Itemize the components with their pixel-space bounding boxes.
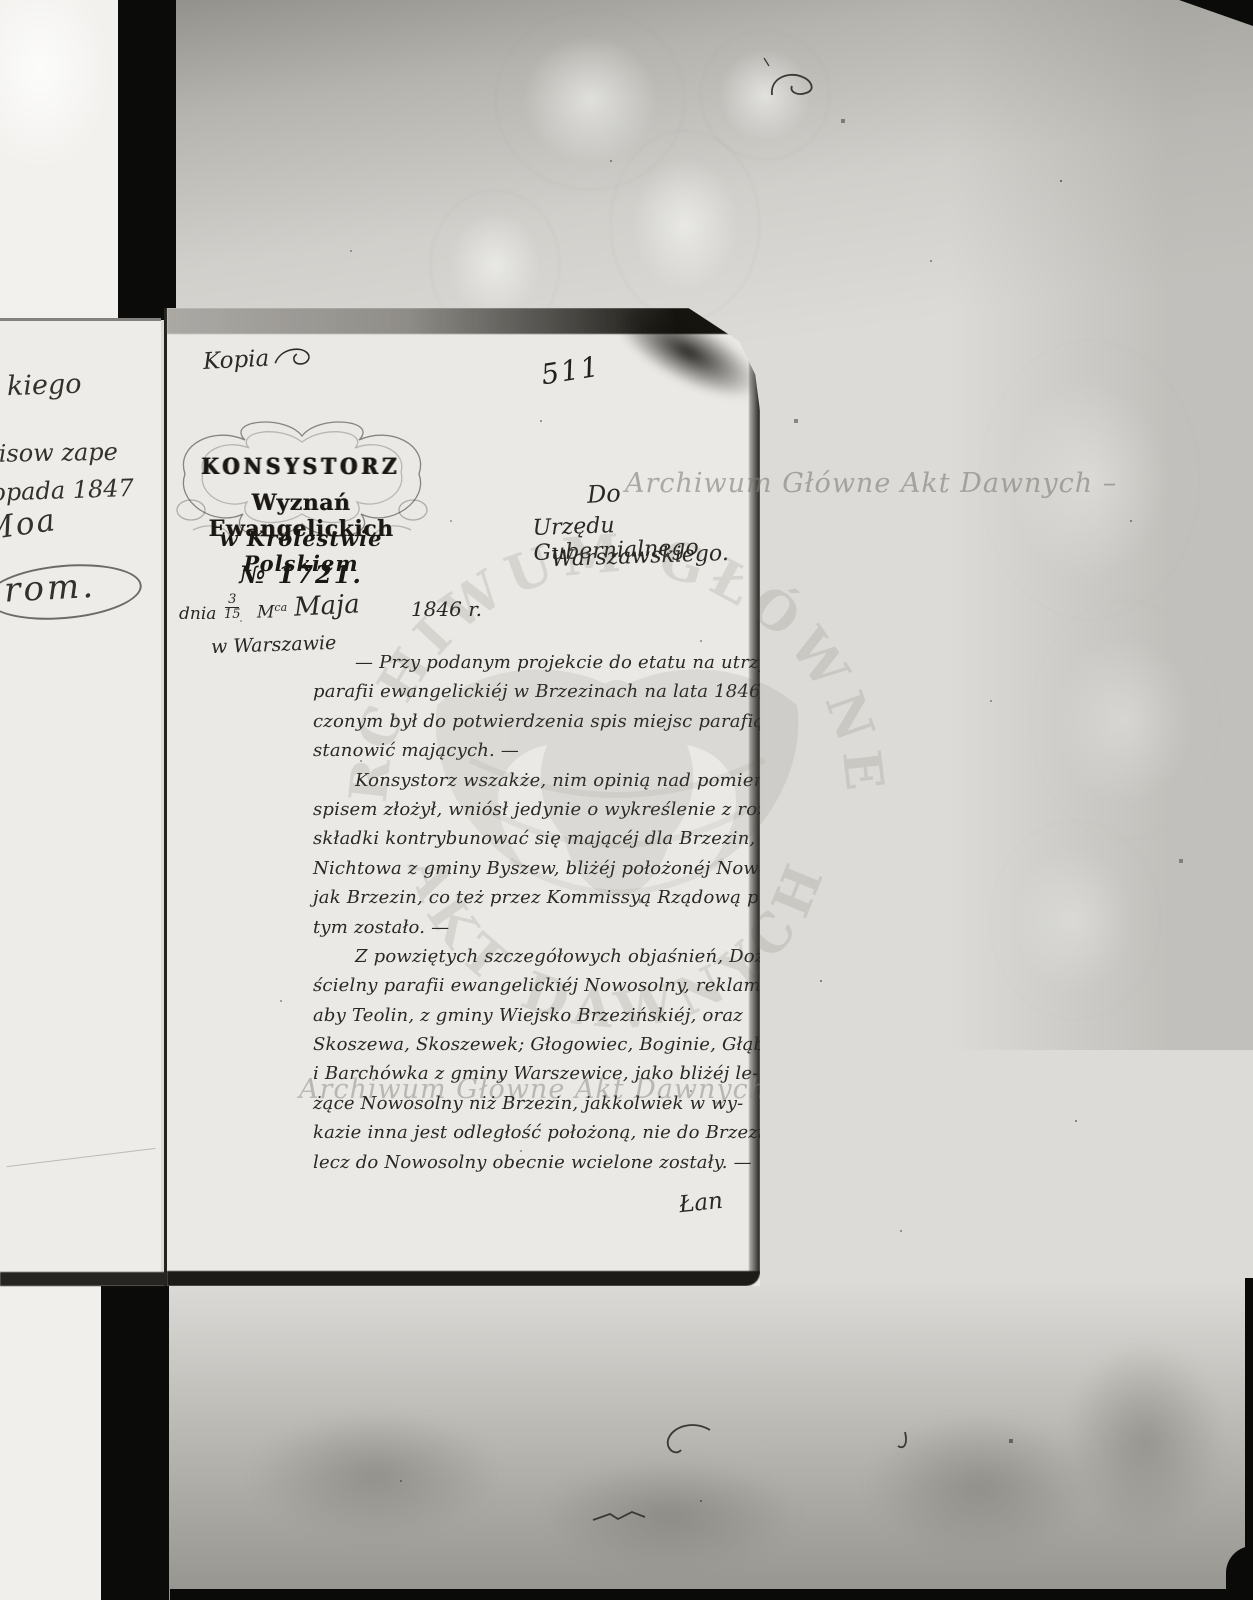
background-mottle-blob bbox=[990, 820, 1160, 1020]
body-line: składki kontrybunować się mającéj dla Br… bbox=[313, 828, 759, 857]
letter-body: — Przy podanym projekcie do etatu na utr… bbox=[313, 652, 759, 1181]
date-month-abbr: Mca bbox=[257, 601, 287, 623]
body-line: kazie inna jest odległość położoną, nie … bbox=[313, 1122, 759, 1151]
date-month: Maja bbox=[293, 589, 360, 622]
letterhead-document-number: № 1721. bbox=[175, 560, 427, 589]
dust-specks bbox=[0, 0, 2, 2]
body-line: stanowić mających. — bbox=[313, 740, 759, 769]
archive-watermark-text-upper: Archiwum Główne Akt Dawnych – bbox=[625, 468, 1117, 499]
paraph-flourish-icon bbox=[272, 343, 317, 371]
handwriting-fragment: dpisow zape bbox=[0, 438, 118, 469]
body-line: Konsystorz wszakże, nim opinią nad pomie… bbox=[313, 770, 759, 799]
copy-annotation: Kopia bbox=[202, 343, 316, 375]
film-gap-strip-bottom bbox=[101, 1286, 169, 1600]
date-fraction: 3 15 bbox=[224, 593, 241, 623]
page-bottom-edge-left bbox=[0, 1272, 167, 1286]
letterhead-org-name: KONSYSTORZ bbox=[175, 453, 427, 480]
signature-flourish-oval bbox=[0, 558, 144, 625]
scanned-document-photo: aw i kiego dpisow zape listopada 1847 Mo… bbox=[0, 0, 1253, 1600]
body-line: Nichtowa z gminy Byszew, bliżéj położoné… bbox=[313, 858, 759, 887]
month-abbr-base: M bbox=[257, 603, 274, 623]
month-abbr-sup: ca bbox=[274, 601, 287, 614]
background-mottle-blob bbox=[1030, 600, 1220, 840]
watermark-dash: – bbox=[1103, 468, 1118, 499]
date-fraction-numerator: 3 bbox=[225, 593, 239, 608]
body-line: spisem złożył, wniósł jedynie o wykreśle… bbox=[313, 799, 759, 828]
recipient-city: Warszawskiego. bbox=[551, 541, 730, 572]
body-line: Z powziętych szczegółowych objaśnień, Do… bbox=[313, 946, 759, 975]
handwriting-fragment: aw i kiego bbox=[0, 369, 82, 405]
adjacent-frame-bottom-left bbox=[0, 1286, 101, 1600]
handwriting-fragment: Moa bbox=[0, 502, 59, 548]
body-line: żące Nowosolny niż Brzezin, jakkolwiek w… bbox=[313, 1093, 759, 1122]
left-partial-page: aw i kiego dpisow zape listopada 1847 Mo… bbox=[0, 318, 161, 1275]
body-line: jak Brzezin, co też przez Kommissyą Rząd… bbox=[313, 887, 759, 916]
background-mottle-blob bbox=[610, 130, 760, 320]
background-mottle-blob bbox=[700, 30, 830, 160]
body-line: i Barchówka z gminy Warszewice, jako bli… bbox=[313, 1063, 759, 1092]
date-fraction-denominator: 15 bbox=[224, 608, 241, 622]
date-year: 1846 r. bbox=[411, 597, 482, 621]
date-label: dnia bbox=[179, 604, 216, 624]
film-edge-bottom bbox=[170, 1589, 1253, 1600]
body-line: Skoszewa, Skoszewek; Głogowiec, Boginie,… bbox=[313, 1034, 759, 1063]
copy-annotation-text: Kopia bbox=[202, 346, 269, 375]
body-line: — Przy podanym projekcie do etatu na utr… bbox=[313, 652, 759, 681]
film-gap-strip-top bbox=[118, 0, 176, 320]
body-line: czonym był do potwierdzenia spis miejsc … bbox=[313, 711, 759, 740]
watermark-text: Archiwum Główne Akt Dawnych bbox=[625, 468, 1093, 499]
handwriting-fragment: listopada 1847 bbox=[0, 474, 134, 508]
document-page: Archiwum Główne Akt Dawnych Kopia 511 KO… bbox=[164, 308, 760, 1286]
page-number-annotation: 511 bbox=[539, 350, 603, 392]
body-line: tym zostało. — bbox=[313, 917, 759, 946]
page-bottom-edge bbox=[167, 1271, 760, 1286]
body-line: aby Teolin, z gminy Wiejsko Brzezińskiéj… bbox=[313, 1005, 759, 1034]
body-line: lecz do Nowosolny obecnie wcielone zosta… bbox=[313, 1152, 759, 1181]
page-crease bbox=[6, 1148, 155, 1167]
body-line: parafii ewangelickiéj w Brzezinach na la… bbox=[313, 681, 759, 710]
background-dark-smudge bbox=[500, 1440, 840, 1590]
body-line: ścielny parafii ewangelickiéj Nowosolny,… bbox=[313, 975, 759, 1004]
background-dark-smudge bbox=[210, 1390, 540, 1560]
background-dark-smudge bbox=[1040, 1310, 1250, 1570]
signature: Łan bbox=[678, 1188, 724, 1218]
recipient-salutation: Do bbox=[586, 479, 621, 509]
